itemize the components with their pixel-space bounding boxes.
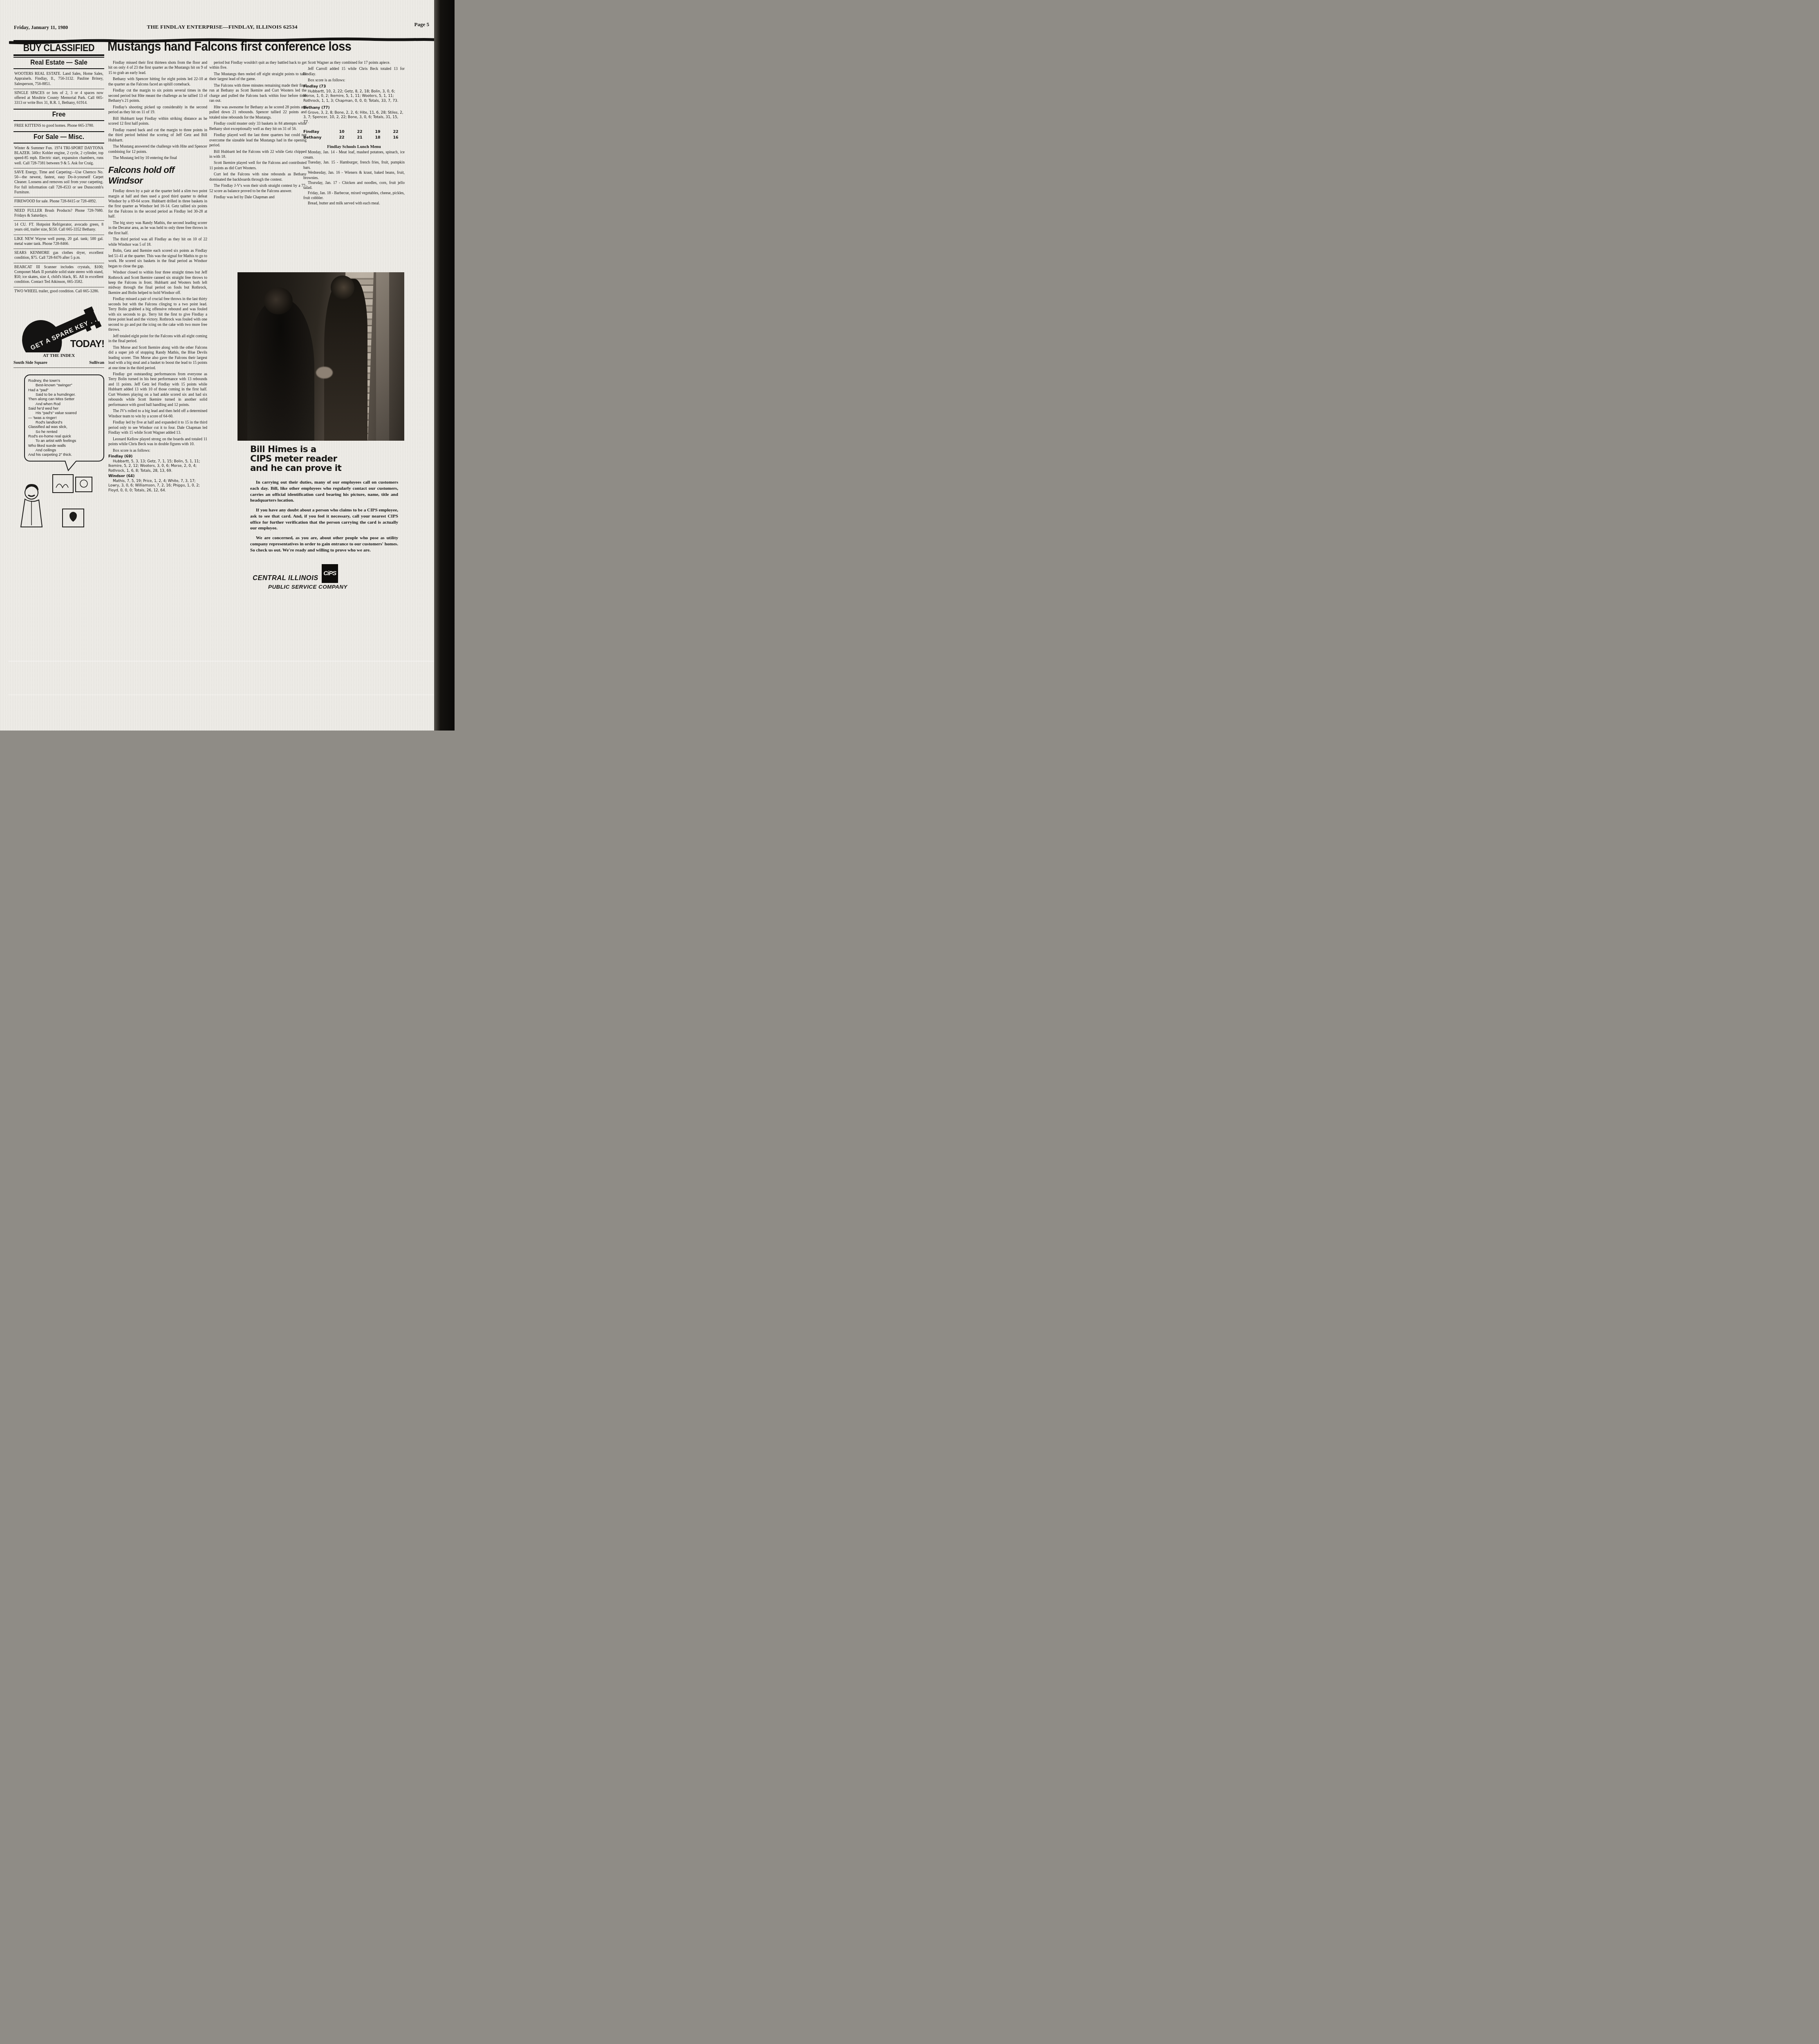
section-heading: For Sale — Misc.: [13, 132, 104, 142]
box-score-line: Hubbartt, 5, 3, 13; Getz, 7, 1, 15; Boli…: [108, 459, 207, 473]
news-photo: [237, 272, 404, 441]
lunch-menu-item: Thursday, Jan. 17 - Chicken and noodles,…: [303, 181, 405, 191]
section-heading: Real Estate — Sale: [13, 58, 104, 67]
rule: [13, 68, 104, 69]
paragraph: Findlay led by five at half and expanded…: [108, 420, 207, 435]
paragraph: The JV's rolled to a big lead and then h…: [108, 409, 207, 419]
paragraph: If you have any doubt about a person who…: [250, 507, 398, 531]
quarter-score-row: Bethany 22 21 18 16: [303, 135, 405, 140]
photo-figure-left-head: [264, 287, 292, 314]
cips-ad-body: In carrying out their duties, many of ou…: [250, 480, 398, 554]
paragraph: Jeff Carroll added 15 while Chris Beck t…: [303, 67, 405, 77]
cips-ad-headline-line: Bill Himes is a: [250, 445, 398, 454]
lunch-menu-item: Bread, butter and milk served with each …: [303, 201, 405, 206]
photo-hand: [316, 367, 333, 379]
article-column-2: period but Findlay wouldn't quit as they…: [209, 61, 307, 202]
paragraph: We are concerned, as you are, about othe…: [250, 535, 398, 553]
classified-ad: FREE KITTENS to good homes. Phone 665-37…: [13, 122, 104, 130]
paragraph: The big story was Randy Mathis, the seco…: [108, 221, 207, 236]
article-column-3: Scott Wagner as they combined for 17 poi…: [303, 61, 405, 206]
paragraph: Curt led the Falcons with nine rebounds …: [209, 172, 307, 182]
quarter-scores-table: Findlay 10 22 19 22 Bethany 22 21 18 16: [303, 130, 405, 140]
team-label: Windsor (64): [108, 474, 207, 479]
classified-section-misc: For Sale — Misc. Winter & Summer Fun. 19…: [13, 133, 104, 296]
rule: [13, 120, 104, 121]
paragraph: Leonard Kellow played strong on the boar…: [108, 437, 207, 447]
paragraph: In carrying out their duties, many of ou…: [250, 480, 398, 504]
paragraph: Box score is as follows:: [108, 448, 207, 453]
scan-edge-strip: [434, 0, 455, 731]
page-number: Page 5: [414, 21, 429, 28]
cips-ad-headline: Bill Himes is aCIPS meter readerand he c…: [250, 445, 398, 473]
classified-title: BUY CLASSIFIED: [13, 42, 104, 54]
q1-score: 22: [333, 135, 351, 140]
poem-line: Had a "pad": [28, 388, 101, 392]
scan-artifact-line: [8, 661, 434, 662]
photo-window-edge: [376, 272, 390, 441]
poem-line: His "pad's" value soared: [28, 411, 101, 415]
photo-figure-left: [247, 299, 314, 441]
speech-bubble-tail: [63, 461, 79, 471]
cips-logo-line1: CENTRAL ILLINOIS: [253, 574, 318, 583]
classified-ad: 14 CU. FT. Hotpoint Refrigerator, avocad…: [13, 221, 104, 235]
classified-column: BUY CLASSIFIED Real Estate — Sale WOOTER…: [13, 39, 104, 533]
team-label: Bethany (77): [303, 106, 405, 111]
paragraph: Jeff totaled eight point for the Falcons…: [108, 334, 207, 344]
cartoon-illustration: [13, 471, 99, 533]
classified-ad: WOOTERS REAL ESTATE. Land Sales, Home Sa…: [13, 70, 104, 89]
paragraph: The Falcons with three minutes remaining…: [209, 83, 307, 104]
article2-paragraphs: Findlay down by a pair at the quarter he…: [108, 189, 207, 453]
poem-line: Then along can Miss Setter: [28, 397, 101, 401]
q3-score: 19: [369, 130, 387, 134]
box-score-line: Mathis, 7, 5, 19; Price, 1, 2, 4; White,…: [108, 479, 207, 493]
classified-ad: LIKE NEW Wayne well pump, 20 gal. tank; …: [13, 235, 104, 249]
lunch-menu-item: Monday, Jan. 14 - Meat loaf, mashed pota…: [303, 150, 405, 160]
classified-section-real-estate: Real Estate — Sale WOOTERS REAL ESTATE. …: [13, 58, 104, 108]
key-ad-location: AT THE INDEX: [13, 353, 104, 358]
poem-line: And ceilings: [28, 448, 101, 453]
classified-ad: SEARS KENMORE gas clothes dryer, excelle…: [13, 249, 104, 263]
column4-paragraphs: Scott Wagner as they combined for 17 poi…: [303, 61, 405, 83]
poem-speech-bubble: Rodney, the town'sBest-known "swinger"Ha…: [24, 374, 104, 462]
photo-figure-right: [324, 279, 367, 441]
classified-ad: BEARCAT III Scanner includes crystals, $…: [13, 263, 104, 287]
paragraph: The Findlay J-V's won their sixth straig…: [209, 184, 307, 194]
paragraph: Findlay could muster only 33 baskets in …: [209, 121, 307, 132]
lunch-menu-title: Findlay Schools Lunch Menu: [303, 145, 405, 149]
lunch-menu-item: Friday, Jan. 18 - Barbecue, mixed vegeta…: [303, 191, 405, 201]
q4-score: 22: [387, 130, 405, 134]
masthead: THE FINDLAY ENTERPRISE—FINDLAY, ILLINOIS…: [10, 24, 434, 30]
rule: [13, 131, 104, 132]
poem-line: Said to be a humdinger.: [28, 392, 101, 397]
scan-artifact-line: [8, 694, 434, 695]
paragraph: Findlay missed a pair of crucial free th…: [108, 297, 207, 332]
ads-list: WOOTERS REAL ESTATE. Land Sales, Home Sa…: [13, 70, 104, 108]
rule: [13, 57, 104, 58]
classified-section-free: Free FREE KITTENS to good homes. Phone 6…: [13, 110, 104, 130]
paragraph: Findlay missed their first thirteen shot…: [108, 61, 207, 76]
paragraph: The Mustang led by 10 entering the final: [108, 156, 207, 161]
section-heading: Free: [13, 110, 104, 119]
paragraph: Findlay roared back and cut the margin t…: [108, 128, 207, 143]
poem-line: And when Rod: [28, 402, 101, 406]
paragraph: Bill Hubbartt kept Findlay within striki…: [108, 117, 207, 127]
box-score-line: Hubbartt, 10, 2, 22; Getz, 8, 2, 18; Bol…: [303, 90, 405, 103]
paragraph: Hite was awesome for Bethany as he score…: [209, 105, 307, 120]
quarter-score-row: Findlay 10 22 19 22: [303, 130, 405, 134]
poem-line: Who liked suede walls: [28, 444, 101, 448]
paragraph: Bethany with Spencer hitting for eight p…: [108, 77, 207, 87]
classified-ad: FIREWOOD for sale. Phone 728-8415 or 728…: [13, 197, 104, 206]
paragraph: Findlay played well the last three quart…: [209, 133, 307, 148]
cips-logo: CENTRAL ILLINOIS CiPS PUBLIC SERVICE COM…: [250, 564, 398, 590]
q3-score: 18: [369, 135, 387, 140]
ads-list: Winter & Summer Fun. 1974 TRI-SPORT DAYT…: [13, 144, 104, 296]
poem-line: So he rented: [28, 430, 101, 434]
poem-line: Rod's ex-home real quick: [28, 434, 101, 439]
lunch-menu-items: Monday, Jan. 14 - Meat loaf, mashed pota…: [303, 150, 405, 206]
rule: [13, 109, 104, 110]
q4-score: 16: [387, 135, 405, 140]
paragraph: Findlay down by a pair at the quarter he…: [108, 189, 207, 220]
poem-line: To an artist with feelings: [28, 439, 101, 443]
key-ad-city: Sullivan: [89, 361, 104, 365]
paragraph: The third period was all Findlay as they…: [108, 237, 207, 247]
cips-logo-line2: PUBLIC SERVICE COMPANY: [268, 584, 398, 590]
article-column-1: Findlay missed their first thirteen shot…: [108, 61, 207, 494]
paragraph: Bill Hubbartt led the Falcons with 22 wh…: [209, 150, 307, 160]
lunch-menu-item: Tuesday, Jan. 15 - Hamburger, french fri…: [303, 160, 405, 170]
paragraph: Scott Wagner as they combined for 17 poi…: [303, 61, 405, 65]
poem-line: Best-known "swinger": [28, 383, 101, 388]
cips-ad-headline-line: CIPS meter reader: [250, 454, 398, 464]
poem-line: Rod's landlord's: [28, 420, 101, 425]
team-label: Findlay (73: [303, 85, 405, 90]
classified-ad: TWO WHEEL trailer, good condition. Call …: [13, 287, 104, 296]
classified-ad: SAVE Energy, Time and Carpeting—Use Chem…: [13, 168, 104, 197]
lunch-menu: Findlay Schools Lunch Menu Monday, Jan. …: [303, 145, 405, 206]
column3-paragraphs: period but Findlay wouldn't quit as they…: [209, 61, 307, 200]
paragraph: Findlay got outstanding performances fro…: [108, 372, 207, 408]
cips-ad: Bill Himes is aCIPS meter readerand he c…: [250, 445, 398, 590]
cips-logo-mark: CiPS: [322, 564, 338, 583]
ads-list: FREE KITTENS to good homes. Phone 665-37…: [13, 122, 104, 130]
classified-ad: NEED FULLER Brush Products? Phone 728-76…: [13, 207, 104, 221]
rule: [13, 54, 104, 56]
paragraph: Bolin, Getz and Ikemire each scored six …: [108, 249, 207, 269]
page-header: Friday, January 11, 1980 THE FINDLAY ENT…: [10, 20, 434, 36]
paragraph: Box score is as follows:: [303, 78, 405, 83]
paragraph: Findlay's shooting picked up considerabl…: [108, 105, 207, 115]
varsity-box-score: Findlay (73 Hubbartt, 10, 2, 22; Getz, 8…: [303, 85, 405, 125]
paragraph: Findlay was led by Dale Chapman and: [209, 195, 307, 200]
paragraph: The Mustangs then reeled off eight strai…: [209, 72, 307, 82]
spare-key-ad: GET A SPARE KEY . . TODAY! AT THE INDEX …: [13, 298, 104, 368]
poem-line: Classified ad was slick,: [28, 425, 101, 429]
jv-box-score: Findlay (69) Hubbartt, 5, 3, 13; Getz, 7…: [108, 455, 207, 493]
paragraph: Findlay cut the margin to six points sev…: [108, 88, 207, 103]
team-name: Findlay: [303, 130, 333, 134]
q2-score: 21: [351, 135, 369, 140]
paragraph: The Mustang answered the challenge with …: [108, 144, 207, 155]
classified-ad: Winter & Summer Fun. 1974 TRI-SPORT DAYT…: [13, 144, 104, 168]
cips-ad-headline-line: and he can prove it: [250, 464, 398, 473]
paragraph: period but Findlay wouldn't quit as they…: [209, 61, 307, 71]
poem-line: And his carpeting 2" thick.: [28, 453, 101, 457]
paragraph: Scott Ikemire played well for the Falcon…: [209, 161, 307, 171]
main-headline: Mustangs hand Falcons first conference l…: [108, 40, 410, 54]
box-score-line: Grove, 3, 2, 8; Bone, 2, 2, 6; Hite, 11,…: [303, 111, 405, 125]
poem-line: Said he'd wed her: [28, 406, 101, 411]
classified-ad: SINGLE SPACES or lots of 2, 3 or 4 space…: [13, 89, 104, 108]
photo-figure-right-head: [331, 276, 354, 299]
q1-score: 10: [333, 130, 351, 134]
lunch-menu-item: Wednesday, Jan. 16 - Wieners & kraut, ba…: [303, 170, 405, 181]
poem-line: — 'twas a ringer!: [28, 416, 101, 420]
team-name: Bethany: [303, 135, 333, 140]
key-ad-address: South Side Square: [13, 361, 47, 365]
article1-paragraphs: Findlay missed their first thirteen shot…: [108, 61, 207, 161]
team-label: Findlay (69): [108, 455, 207, 459]
rule: [13, 143, 104, 143]
newspaper-page: Friday, January 11, 1980 THE FINDLAY ENT…: [0, 0, 455, 731]
q2-score: 22: [351, 130, 369, 134]
poem-line: Rodney, the town's: [28, 379, 101, 383]
paragraph: Windsor closed to within four three stra…: [108, 270, 207, 296]
paragraph: Tim Morse and Scott Ikemire along with t…: [108, 345, 207, 371]
sub-headline: Falcons hold off Windsor: [108, 165, 207, 186]
